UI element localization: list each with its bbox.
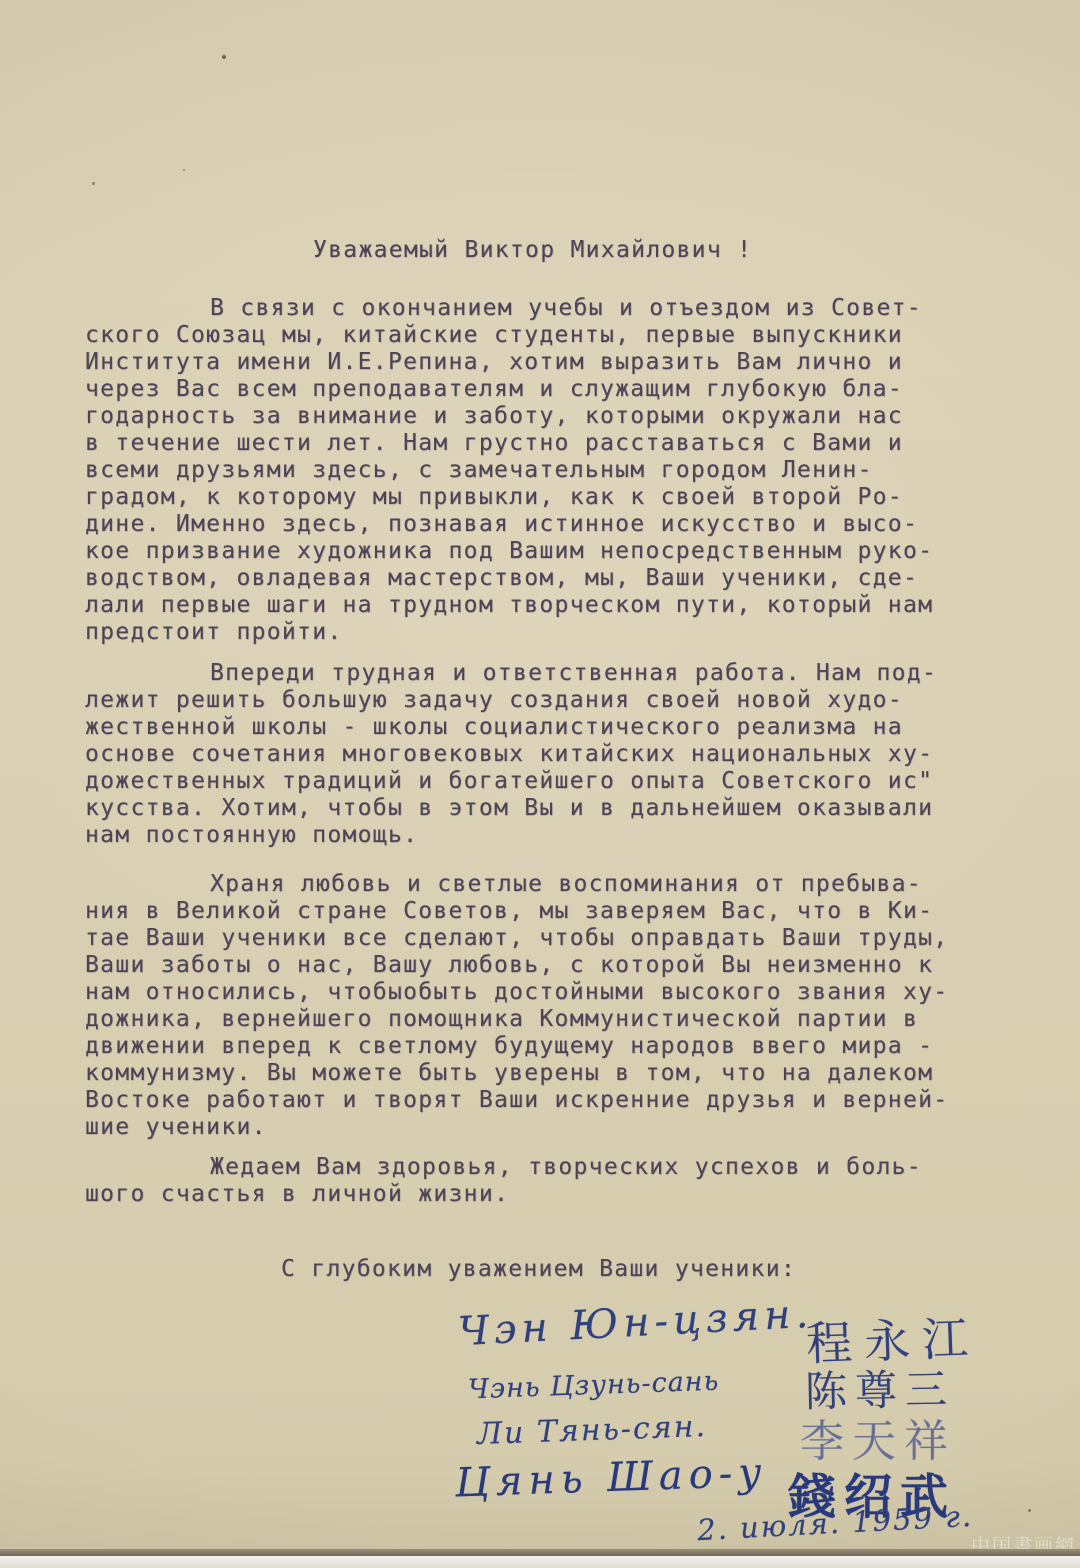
text-line: шого счастья в личной жизни. <box>85 1181 922 1208</box>
signature-cyrillic-li-tianxiang: Ли Тянь-сян. <box>476 1409 707 1452</box>
scan-edge-shadow <box>0 1549 1080 1556</box>
paper-speck <box>92 182 95 185</box>
scan-edge-strip <box>0 1556 1080 1568</box>
text-line: Храня любовь и светлые воспоминания от п… <box>210 871 948 898</box>
paragraph-2: Впереди трудная и ответственная работа. … <box>85 660 937 849</box>
text-line: дожественных традиций и богатейшего опыт… <box>85 768 937 795</box>
handwritten-date: 2. июля. 1959 г. <box>696 1499 973 1547</box>
text-line: Впереди трудная и ответственная работа. … <box>210 660 937 687</box>
letter-page: Уважаемый Виктор Михайлович ! В связи с … <box>0 0 1080 1568</box>
text-line: Ваши заботы о нас, Вашу любовь, с которо… <box>85 952 948 979</box>
text-line: кое призвание художника под Вашим непоср… <box>85 538 933 565</box>
text-line: градом, к которому мы привыкли, как к св… <box>85 484 933 511</box>
text-line: Жедаем Вам здоровья, творческих успехов … <box>210 1154 922 1181</box>
text-line: В связи с окончанием учебы и отъездом из… <box>210 295 933 322</box>
closing-line: С глубоким уважением Ваши ученики: <box>281 1256 796 1283</box>
paragraph-1: В связи с окончанием учебы и отъездом из… <box>85 295 933 646</box>
text-line: в течение шести лет. Нам грустно расстав… <box>85 430 933 457</box>
paper-speck <box>222 55 226 59</box>
text-line: лали первые шаги на трудном творческом п… <box>85 592 933 619</box>
text-line: предстоит пройти. <box>85 619 933 646</box>
text-line: Востоке работают и творят Ваши искренние… <box>85 1087 948 1114</box>
text-line: лежит решить большую задачу создания сво… <box>85 687 937 714</box>
signature-cyrillic-qian-shaowu: Цянь Шао-у <box>454 1450 768 1507</box>
text-line: ния в Великой стране Советов, мы заверяе… <box>85 898 948 925</box>
text-line: шие ученики. <box>85 1114 948 1141</box>
text-line: основе сочетания многовековых китайских … <box>85 741 937 768</box>
paper-speck <box>183 169 185 171</box>
text-line: через Вас всем преподавателям и служащим… <box>85 376 933 403</box>
text-line: дожника, вернейшего помощника Коммунисти… <box>85 1006 948 1033</box>
text-line: нам постоянную помощь. <box>85 822 937 849</box>
text-line: движении вперед к светлому будущему наро… <box>85 1033 948 1060</box>
text-line: коммунизму. Вы можете быть уверены в том… <box>85 1060 948 1087</box>
salutation-line: Уважаемый Виктор Михайлович ! <box>313 237 752 264</box>
text-line: нам относились, чтобыобыть достойными вы… <box>85 979 948 1006</box>
text-line: дине. Именно здесь, познавая истинное ис… <box>85 511 933 538</box>
text-line: жественной школы - школы социалистическо… <box>85 714 937 741</box>
text-line: ского Союзац мы, китайские студенты, пер… <box>85 322 933 349</box>
paragraph-3: Храня любовь и светлые воспоминания от п… <box>85 871 948 1141</box>
text-line: тае Ваши ученики все сделают, чтобы опра… <box>85 925 948 952</box>
text-line: всеми друзьями здесь, с замечательным го… <box>85 457 933 484</box>
text-line: водством, овладевая мастерством, мы, Ваш… <box>85 565 933 592</box>
signature-cyrillic-cheng-yongjiang: Чэн Юн-цзян. <box>457 1291 814 1356</box>
paper-speck <box>1028 1509 1031 1512</box>
paragraph-4: Жедаем Вам здоровья, творческих успехов … <box>85 1154 922 1208</box>
signature-cyrillic-chen-zunsan: Чэнь Цзунь-сань <box>468 1366 720 1406</box>
text-line: кусства. Хотим, чтобы в этом Вы и в даль… <box>85 795 937 822</box>
text-line: Института имени И.Е.Репина, хотим вырази… <box>85 349 933 376</box>
text-line: годарность за внимание и заботу, которым… <box>85 403 933 430</box>
